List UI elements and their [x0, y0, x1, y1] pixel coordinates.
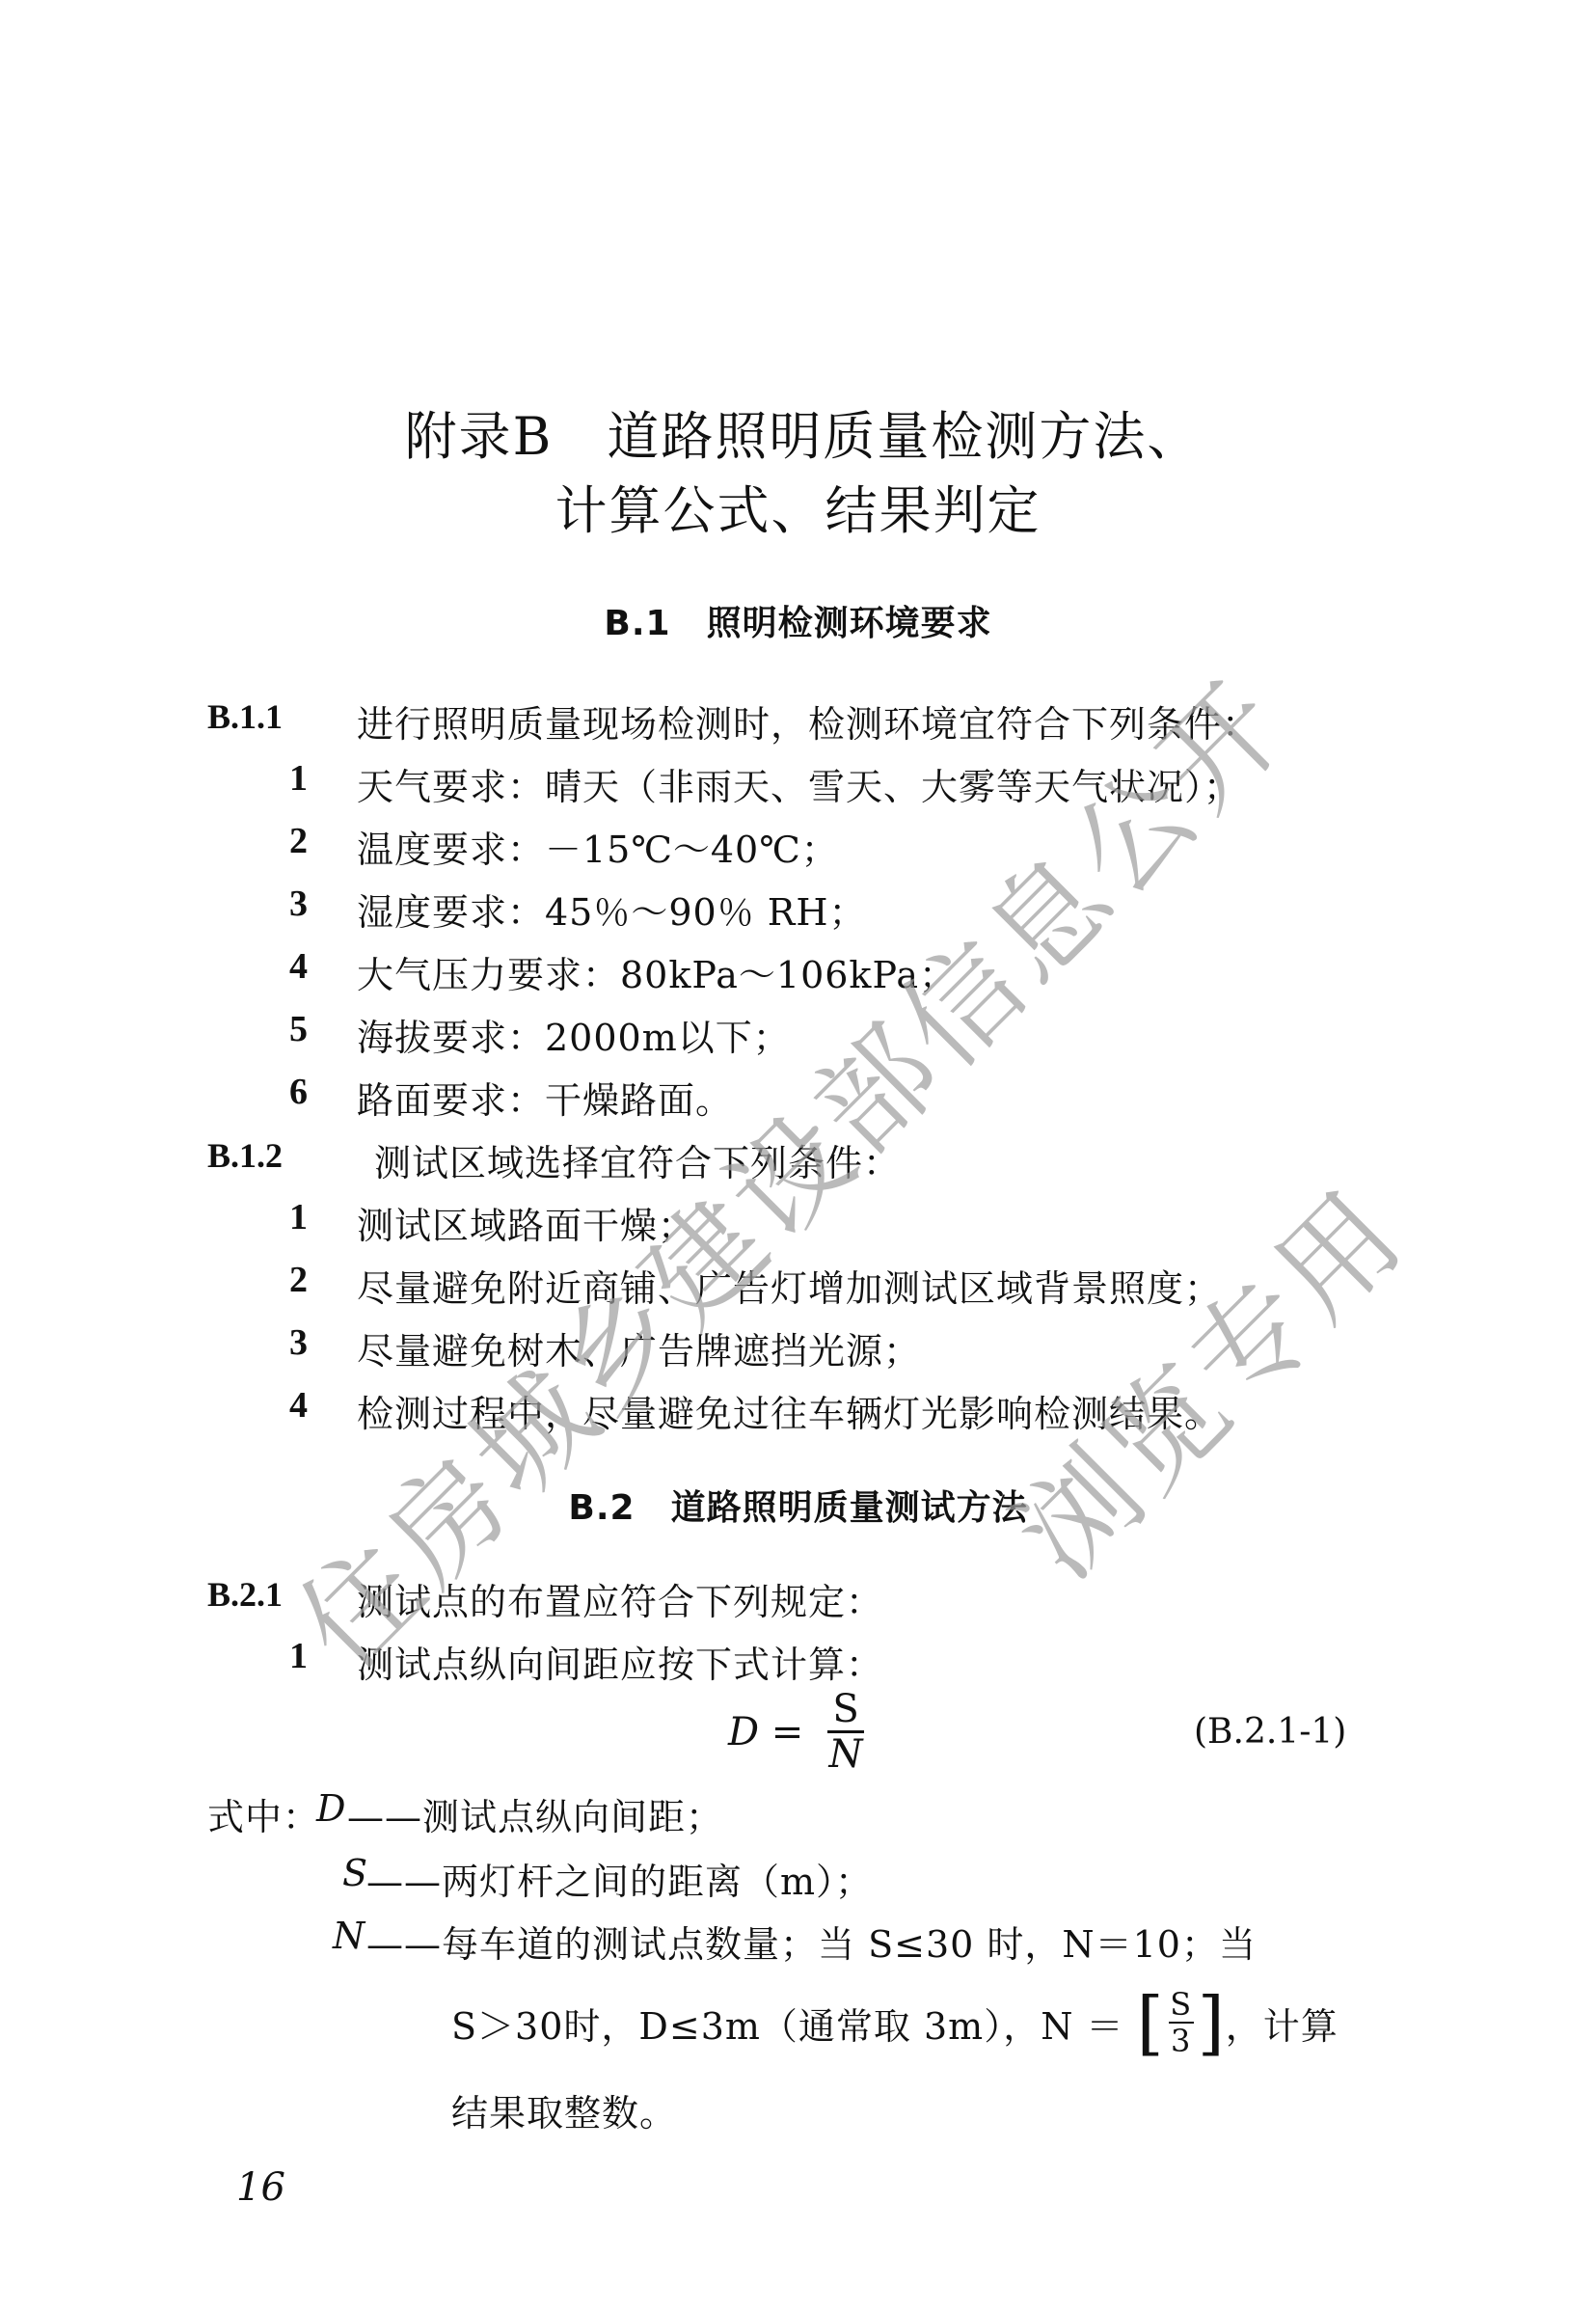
- where-desc-n: ——每车道的测试点数量；当 S≤30 时，N＝10；当: [366, 1915, 1257, 1968]
- where-symbol-d: D: [316, 1787, 346, 1830]
- list-item-text: 温度要求：－15℃～40℃；: [357, 820, 839, 873]
- list-item-text: 检测过程中，尽量避免过往车辆灯光影响检测结果。: [357, 1384, 1222, 1437]
- formula-equals: =: [759, 1710, 816, 1754]
- list-item-number: 1: [289, 1635, 308, 1677]
- list-item-text: 测试点纵向间距应按下式计算：: [357, 1635, 883, 1688]
- where-desc-n-end: 结果取整数。: [451, 2083, 677, 2136]
- section-heading-b1: B.1 照明检测环境要求: [0, 596, 1596, 645]
- list-item-text: 尽量避免附近商铺、广告灯增加测试区域背景照度；: [357, 1259, 1222, 1312]
- formula-lhs: D: [728, 1710, 759, 1754]
- list-item-number: 4: [289, 1384, 308, 1427]
- section-heading-b2: B.2 道路照明质量测试方法: [0, 1481, 1596, 1530]
- document-page: 附录B 道路照明质量检测方法、 计算公式、结果判定 B.1 照明检测环境要求 B…: [0, 0, 1596, 2311]
- formula-fraction: S N: [827, 1688, 864, 1776]
- list-item-text: 测试区域路面干燥；: [357, 1196, 695, 1249]
- where-symbol-n: N: [333, 1915, 365, 1957]
- clause-text-b221: 测试点的布置应符合下列规定：: [357, 1572, 883, 1625]
- list-item-text: 大气压力要求：80kPa～106kPa；: [357, 945, 957, 998]
- clause-number-b221: B.2.1: [207, 1574, 283, 1615]
- appendix-title-line2: 计算公式、结果判定: [0, 470, 1596, 544]
- list-item-number: 1: [289, 1196, 308, 1238]
- list-item-text: 湿度要求：45％～90％ RH；: [357, 883, 867, 936]
- fraction-denominator: N: [829, 1733, 863, 1776]
- fraction-s-over-3: S 3: [1169, 1987, 1194, 2058]
- fraction-denominator: 3: [1171, 2024, 1191, 2058]
- list-item-text: 路面要求：干燥路面。: [357, 1071, 733, 1124]
- where-desc-n-continued: S＞30时，D≤3m（通常取 3m），N ＝ [ S 3 ] ，计算: [451, 1987, 1339, 2058]
- formula-b211: D = S N: [728, 1688, 864, 1776]
- list-item-number: 1: [289, 757, 308, 800]
- page-number: 16: [236, 2165, 285, 2210]
- floor-bracket-fraction: [ S 3 ]: [1137, 1987, 1226, 2058]
- where-n-cont-text: S＞30时，D≤3m（通常取 3m），N ＝: [451, 1997, 1137, 2050]
- clause-text-b112: 测试区域选择宜符合下列条件：: [374, 1133, 901, 1186]
- list-item-text: 尽量避免树木、广告牌遮挡光源；: [357, 1321, 921, 1374]
- where-prefix: 式中：: [207, 1787, 320, 1840]
- list-item-number: 4: [289, 945, 308, 988]
- where-n-cont-text-2: ，计算: [1226, 1997, 1339, 2050]
- list-item-number: 2: [289, 820, 308, 862]
- left-bracket: [: [1137, 1988, 1165, 2057]
- list-item-number: 3: [289, 883, 308, 925]
- fraction-numerator: S: [832, 1688, 858, 1730]
- right-bracket: ]: [1198, 1988, 1226, 2057]
- list-item-text: 海拔要求：2000m以下；: [357, 1008, 791, 1061]
- list-item-number: 3: [289, 1321, 308, 1364]
- where-desc-d: ——测试点纵向间距；: [347, 1787, 723, 1840]
- where-desc-s: ——两灯杆之间的距离（m）；: [366, 1852, 873, 1905]
- watermark-line2: 浏览专用: [974, 1147, 1435, 1608]
- clause-number-b112: B.1.2: [207, 1135, 283, 1176]
- clause-number-b111: B.1.1: [207, 696, 283, 737]
- list-item-number: 2: [289, 1259, 308, 1301]
- where-symbol-s: S: [342, 1852, 368, 1894]
- list-item-text: 天气要求：晴天（非雨天、雪天、大雾等天气状况）；: [357, 757, 1241, 810]
- list-item-number: 6: [289, 1071, 308, 1113]
- appendix-title-line1: 附录B 道路照明质量检测方法、: [0, 395, 1596, 470]
- clause-text-b111: 进行照明质量现场检测时，检测环境宜符合下列条件：: [357, 694, 1259, 748]
- fraction-numerator: S: [1170, 1987, 1192, 2022]
- list-item-number: 5: [289, 1008, 308, 1050]
- equation-number: (B.2.1-1): [1194, 1712, 1346, 1752]
